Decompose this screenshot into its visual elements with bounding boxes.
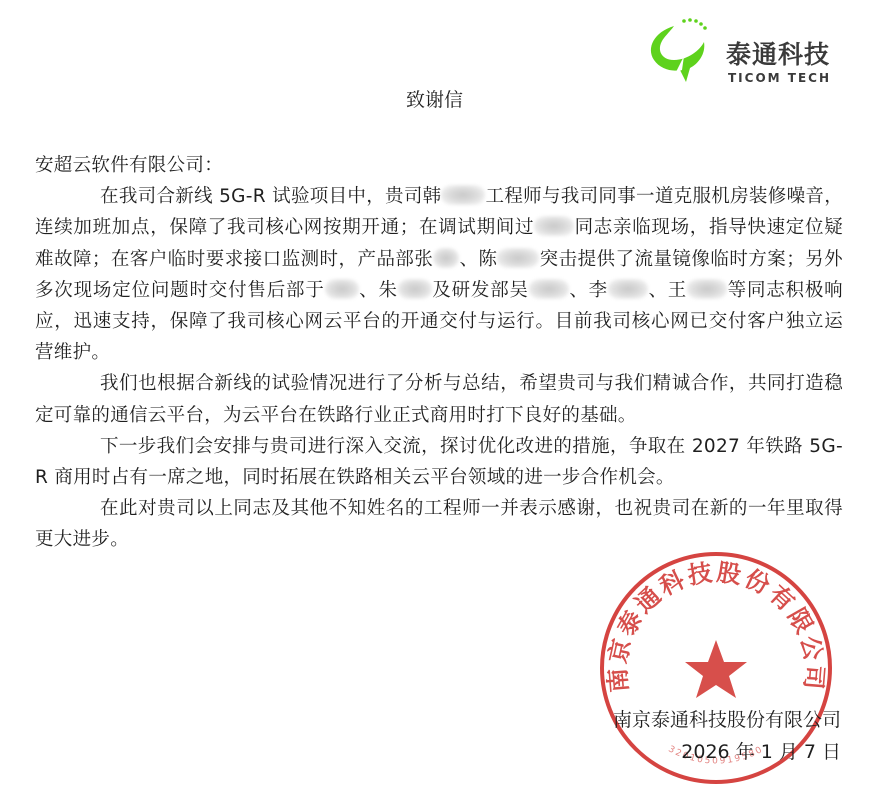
redacted-name — [687, 279, 727, 299]
redacted-name — [497, 248, 539, 268]
logo-name-en: TICOM TECH — [728, 72, 831, 84]
redacted-name — [529, 279, 569, 299]
letter-title: 致谢信 — [0, 88, 869, 112]
paragraph-4: 在此对贵司以上同志及其他不知姓名的工程师一并表示感谢，也祝贵司在新的一年里取得更… — [35, 493, 843, 555]
letter-body: 安超云软件有限公司： 在我司合新线 5G-R 试验项目中，贵司韩工程师与我司同事… — [35, 150, 843, 556]
redacted-name — [398, 279, 432, 299]
logo-name-cn: 泰通科技 — [726, 42, 830, 67]
signature-date: 2026 年 1 月 7 日 — [613, 736, 841, 768]
salutation: 安超云软件有限公司： — [35, 150, 843, 181]
paragraph-1: 在我司合新线 5G-R 试验项目中，贵司韩工程师与我司同事一道克服机房装修噪音，… — [35, 181, 843, 368]
company-logo: 泰通科技 TICOM TECH — [640, 12, 850, 84]
redacted-name — [608, 279, 648, 299]
paragraph-3: 下一步我们会安排与贵司进行深入交流，探讨优化改进的措施，争取在 2027 年铁路… — [35, 431, 843, 493]
redacted-name — [433, 248, 459, 268]
signature-company: 南京泰通科技股份有限公司 — [613, 704, 841, 736]
redacted-name — [534, 216, 574, 236]
redacted-name — [325, 279, 359, 299]
logo-swoosh-icon — [640, 12, 730, 84]
signature-block: 南京泰通科技股份有限公司 2026 年 1 月 7 日 — [613, 704, 841, 768]
paragraph-2: 我们也根据合新线的试验情况进行了分析与总结，希望贵司与我们精诚合作，共同打造稳定… — [35, 368, 843, 430]
redacted-name — [441, 185, 485, 205]
